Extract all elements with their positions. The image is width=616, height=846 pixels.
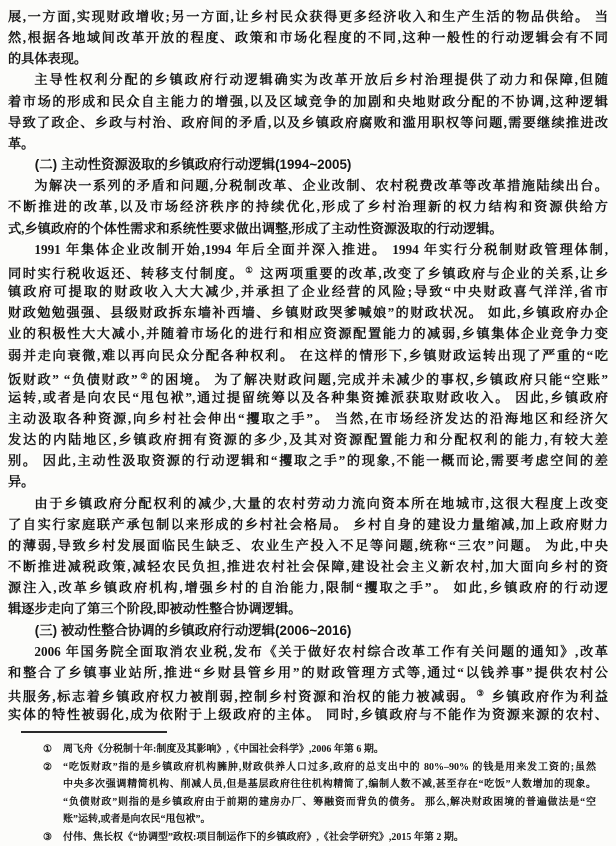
- text-line: 不断推进的改革,以及市场经济秩序的持续优化,形成了乡村治理新的权力结构和资源供给…: [8, 196, 608, 217]
- footnote-ref: ②: [138, 371, 151, 381]
- footnote-ref: ①: [244, 265, 255, 275]
- text-line: 由于乡镇政府分配权利的减少,大量的农村劳动力流向资本所在地城市,这很大程度上改变: [8, 493, 608, 514]
- footnote-line: “负债财政”则指的是乡镇政府由于前期的建房办厂、筹融资而背负的债务。 那么,解决…: [43, 794, 596, 812]
- text-line: 的具体表现。: [8, 48, 608, 69]
- text-line: 镇政府可提取的财政收入大大减少,并承担了企业经营的风险;导致“中央财政喜气洋洋,…: [8, 281, 608, 302]
- text-line: 然,根据各地域间改革开放的程度、政策和市场化程度的不同,这种一般性的行动逻辑会有…: [8, 27, 608, 48]
- text-line: 财政勉勉强强、县级财政拆东墙补西墙、乡镇财政哭爹喊娘”的财政状况。 如此,乡镇政…: [8, 302, 608, 323]
- text-line: 业的积极性大大减小,并随着市场化的进行和相应资源配置能力的减弱,乡镇集体企业竞争…: [8, 323, 608, 344]
- document-page: 展,一方面,实现财政增收;另一方面,让乡村民众获得更多经济收入和生产生活的物品供…: [0, 0, 616, 846]
- text-line: 1991 年集体企业改制开始,1994 年后全面并深入推进。 1994 年实行分…: [8, 239, 608, 260]
- text-line: 辑逐步走向了第三个阶段,即被动性整合协调逻辑。: [8, 598, 608, 619]
- footnote-line: ③付伟、焦长权《“协调型”政权:项目制运作下的乡镇政府》,《社会学研究》,201…: [43, 829, 596, 846]
- footnote-divider: [21, 731, 167, 733]
- text-line: 源注入,改革乡镇政府机构,增强乡村的自治能力,限制“攫取之手”。 如此,乡镇政府…: [8, 577, 608, 598]
- article-body: 展,一方面,实现财政增收;另一方面,让乡村民众获得更多经济收入和生产生活的物品供…: [8, 6, 608, 725]
- footnotes: ①周飞舟《分税制十年:制度及其影响》,《中国社会科学》,2006 年第 6 期。…: [43, 741, 596, 846]
- text-line: 了自实行家庭联产承包制以来形成的乡村社会格局。 乡村自身的建设力量缩减,加上政府…: [8, 514, 608, 535]
- text-line: 和整合了乡镇事业站所,推进“乡财县管乡用”的财政管理方式等,通过“以钱养事”提供…: [8, 662, 608, 683]
- text-line: 弱并走向衰微,难以再向民众分配各种权利。 在这样的情形下,乡镇财政运转出现了严重…: [8, 345, 608, 366]
- footnote-line: ①周飞舟《分税制十年:制度及其影响》,《中国社会科学》,2006 年第 6 期。: [43, 741, 596, 759]
- footnote-ref: ③: [475, 688, 486, 698]
- text-line: 式,乡镇政府的个体性需求和系统性要求做出调整,形成了主动性资源汲取的行动逻辑。: [8, 218, 608, 239]
- footnote-line: 中央多次强调精简机构、削减人员,但是基层政府往往机构精简了,编制人数不减,甚至存…: [43, 776, 596, 794]
- text-line: 不断推进减税政策,减轻农民负担,推进农村社会保障,建设社会主义新农村,加大面向乡…: [8, 556, 608, 577]
- text-line: 主动汲取各种资源,向乡村社会伸出“攫取之手”。 当然,在市场经济发达的沿海地区和…: [8, 408, 608, 429]
- footnote-marker: ③: [43, 829, 63, 846]
- footnote-line: 账”运转,或者是向农民“甩包袱”。: [43, 811, 596, 829]
- text-line: 别。 因此,主动性汲取资源的行动逻辑和“攫取之手”的现象,不能一概而论,需要考虑…: [8, 450, 608, 471]
- footnote-marker: ②: [43, 759, 63, 777]
- text-line: 同时实行税收返还、转移支付制度。① 这两项重要的改革,改变了乡镇政府与企业的关系…: [8, 260, 608, 281]
- text-line: 展,一方面,实现财政增收;另一方面,让乡村民众获得更多经济收入和生产生活的物品供…: [8, 6, 608, 27]
- text-line: 的薄弱,导致乡村发展面临民生缺乏、农业生产投入不足等问题,统称“三农”问题。 为…: [8, 535, 608, 556]
- section-heading: (二) 主动性资源汲取的乡镇政府行动逻辑(1994~2005): [8, 154, 608, 175]
- text-line: 共服务,标志着乡镇政府权力被削弱,控制乡村资源和治权的能力被减弱。③ 乡镇政府作…: [8, 683, 608, 704]
- text-line: 饭财政” “负债财政”②的困境。 为了解决财政问题,完成并未减少的事权,乡镇政府…: [8, 366, 608, 387]
- text-line: 异。: [8, 471, 608, 492]
- text-line: 发达的内陆地区,乡镇政府拥有资源的多少,及其对资源配置能力和分配权利的能力,有较…: [8, 429, 608, 450]
- text-line: 为解决一系列的矛盾和问题,分税制改革、企业改制、农村税费改革等改革措施陆续出台。: [8, 175, 608, 196]
- section-heading: (三) 被动性整合协调的乡镇政府行动逻辑(2006~2016): [8, 620, 608, 641]
- footnote-line: ②“吃饭财政”指的是乡镇政府机构臃肿,财政供养人口过多,政府的总支出中的 80%…: [43, 759, 596, 777]
- text-line: 革。: [8, 133, 608, 154]
- text-line: 实体的特性被弱化,成为依附于上级政府的主体。 同时,乡镇政府与不能作为资源来源的…: [8, 704, 608, 725]
- text-line: 着市场的形成和民众自主能力的增强,以及区域竞争的加剧和央地财政分配的不协调,这种…: [8, 91, 608, 112]
- text-line: 导致了政企、乡政与村治、政府间的矛盾,以及乡镇政府腐败和滥用职权等问题,需要继续…: [8, 112, 608, 133]
- text-line: 运转,或者是向农民“甩包袱”,通过提留统筹以及各种集资摊派获取财政收入。 因此,…: [8, 387, 608, 408]
- text-line: 主导性权利分配的乡镇政府行动逻辑确实为改革开放后乡村治理提供了动力和保障,但随: [8, 69, 608, 90]
- footnote-marker: ①: [43, 741, 63, 759]
- text-line: 2006 年国务院全面取消农业税,发布《关于做好农村综合改革工作有关问题的通知》…: [8, 641, 608, 662]
